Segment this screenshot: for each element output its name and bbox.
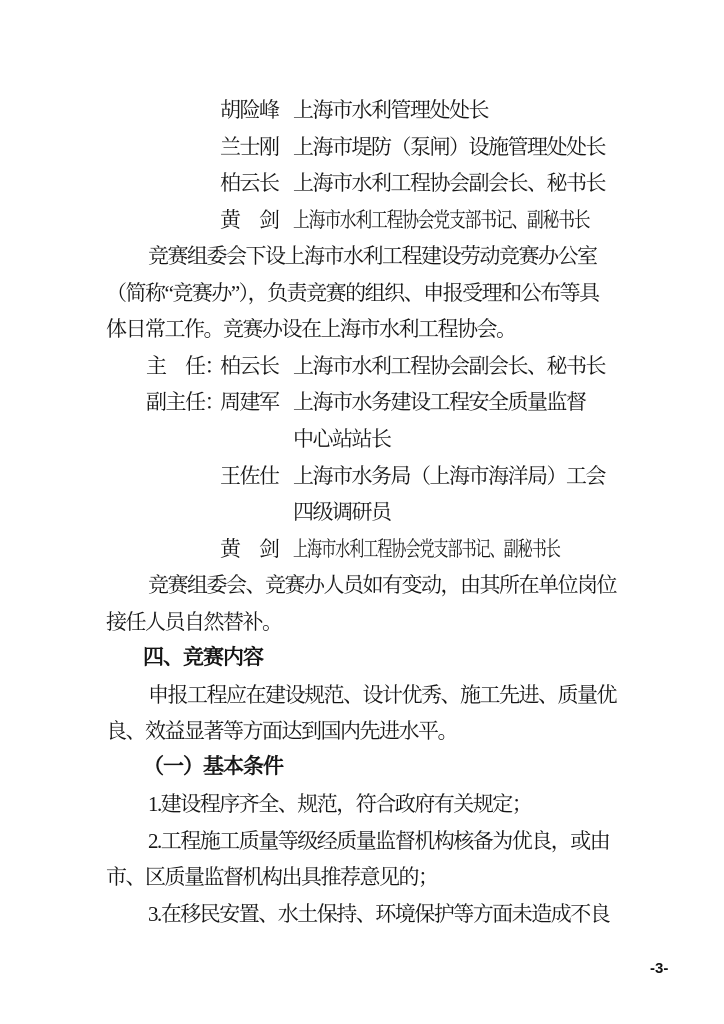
officer-role-label: 副主任： (146, 389, 224, 415)
officer-name: 柏云长 (220, 353, 279, 379)
officer-role-label: 主 任： (146, 353, 224, 379)
officer-name: 周建军 (220, 389, 279, 415)
member-name: 黄 剑 (220, 536, 279, 562)
paragraph-line: 竞赛组委会下设上海市水利工程建设劳动竞赛办公室 (148, 243, 597, 269)
member-title: 上海市堤防（泵闸）设施管理处处长 (293, 134, 605, 160)
document-page: 胡险峰 上海市水利管理处处长 兰士刚 上海市堤防（泵闸）设施管理处处长 柏云长 … (0, 0, 724, 1024)
member-row: 胡险峰 上海市水利管理处处长 (0, 97, 724, 123)
member-name: 王佐仕 (220, 463, 279, 489)
member-row: 黄 剑 上海市水利工程协会党支部书记、副秘书长 (0, 536, 724, 562)
list-item-line: 3.在移民安置、水土保持、环境保护等方面未造成不良 (148, 901, 609, 927)
member-row: 兰士刚 上海市堤防（泵闸）设施管理处处长 (0, 134, 724, 160)
officer-row: 副主任： 周建军 上海市水务建设工程安全质量监督 (0, 389, 724, 415)
page-number: -3- (650, 960, 668, 977)
subsection-heading: （一）基本条件 (143, 754, 283, 780)
paragraph-line: （简称“竞赛办”），负责竞赛的组织、申报受理和公布等具 (106, 280, 599, 306)
officer-title-continuation: 中心站站长 (293, 426, 391, 452)
member-title: 上海市水利工程协会党支部书记、副秘书长 (293, 207, 589, 233)
officer-title-continuation: 四级调研员 (293, 499, 391, 525)
member-name: 兰士刚 (220, 134, 279, 160)
member-row: 柏云长 上海市水利工程协会副会长、秘书长 (0, 170, 724, 196)
member-title: 上海市水利管理处处长 (293, 97, 488, 123)
paragraph-line: 体日常工作。竞赛办设在上海市水利工程协会。 (106, 316, 516, 342)
member-name: 黄 剑 (220, 207, 279, 233)
member-name: 柏云长 (220, 170, 279, 196)
member-title: 上海市水利工程协会副会长、秘书长 (293, 170, 605, 196)
officer-title: 上海市水务建设工程安全质量监督 (293, 389, 586, 415)
list-item-line: 市、区质量监督机构出具推荐意见的； (106, 864, 438, 890)
paragraph-line: 良、效益显著等方面达到国内先进水平。 (106, 718, 457, 744)
member-title: 上海市水利工程协会党支部书记、副秘书长 (293, 536, 560, 562)
section-heading: 四、竞赛内容 (143, 645, 263, 671)
list-item-line: 1.建设程序齐全、规范，符合政府有关规定； (148, 791, 531, 817)
member-row: 王佐仕 上海市水务局（上海市海洋局）工会 (0, 463, 724, 489)
officer-title: 上海市水利工程协会副会长、秘书长 (293, 353, 605, 379)
paragraph-line: 接任人员自然替补。 (106, 609, 282, 635)
member-title: 上海市水务局（上海市海洋局）工会 (293, 463, 605, 489)
paragraph-line: 申报工程应在建设规范、设计优秀、施工先进、质量优 (148, 682, 616, 708)
member-row: 黄 剑 上海市水利工程协会党支部书记、副秘书长 (0, 207, 724, 233)
member-name: 胡险峰 (220, 97, 279, 123)
list-item-line: 2.工程施工质量等级经质量监督机构核备为优良，或由 (148, 828, 609, 854)
paragraph-line: 竞赛组委会、竞赛办人员如有变动，由其所在单位岗位 (148, 572, 616, 598)
officer-row: 主 任： 柏云长 上海市水利工程协会副会长、秘书长 (0, 353, 724, 379)
